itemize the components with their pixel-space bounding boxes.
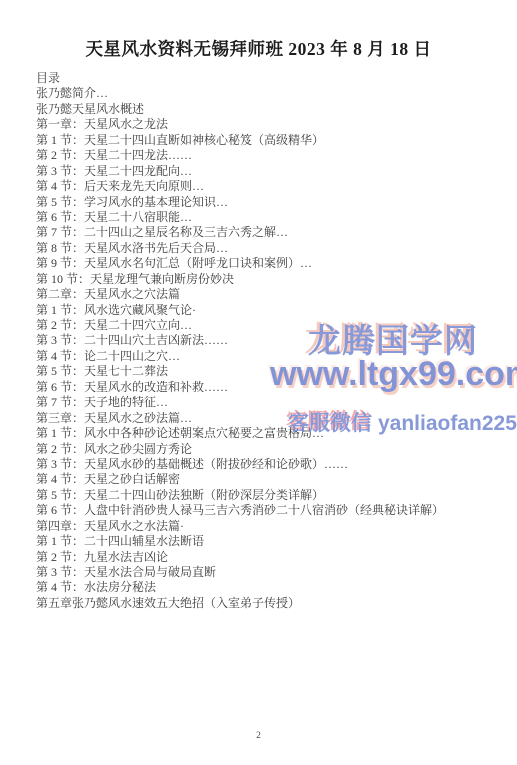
toc-line: 第 1 节：风水中各种砂论述朝案点穴秘要之富贵格局… [36,426,507,441]
toc-line: 第 5 节：天星二十四山砂法独断（附砂深层分类详解） [36,488,507,503]
toc-line: 第 3 节：二十四山穴土吉凶新法…… [36,333,507,348]
toc-line: 第 4 节：天星之砂白话解密 [36,472,507,487]
toc-line: 第一章：天星风水之龙法 [36,117,507,132]
document-page: 天星风水资料无锡拜师班 2023 年 8 月 18 日 目录张乃懿简介…张乃懿天… [0,0,517,765]
toc-line: 第 4 节：水法房分秘法 [36,580,507,595]
toc-line: 第 9 节：天星风水名句汇总（附呼龙口诀和案例）… [36,256,507,271]
toc-line: 第 3 节：天星风水砂的基础概述（附拔砂经和论砂歌）…… [36,457,507,472]
toc-line: 第 8 节：天星风水洛书先后天合局… [36,241,507,256]
toc-line: 第 3 节：天星二十四龙配向… [36,164,507,179]
toc-line: 张乃懿简介… [36,86,507,101]
toc-line: 第五章张乃懿风水速效五大绝招（入室弟子传授） [36,596,507,611]
toc-line: 第 4 节：后天来龙先天向原则… [36,179,507,194]
toc-line: 第 2 节：风水之砂尖圆方秀论 [36,442,507,457]
toc-line: 第三章：天星风水之砂法篇… [36,411,507,426]
toc-line: 第 10 节：天星龙理气兼向断房份妙决 [36,272,507,287]
toc-line: 第 2 节：天星二十四穴立向… [36,318,507,333]
toc-line: 第 1 节：二十四山辅星水法断语 [36,534,507,549]
toc-line: 第 7 节：天子地的特征… [36,395,507,410]
toc-line: 第 5 节：学习风水的基本理论知识… [36,195,507,210]
toc-line: 第 6 节：天星风水的改造和补救…… [36,380,507,395]
page-title: 天星风水资料无锡拜师班 2023 年 8 月 18 日 [0,36,517,61]
toc-line: 第 5 节：天星七十二葬法 [36,364,507,379]
toc-line: 第 1 节：风水选穴藏风聚气论· [36,303,507,318]
toc-line: 第四章：天星风水之水法篇· [36,519,507,534]
toc-line: 张乃懿天星风水概述 [36,102,507,117]
toc-line: 目录 [36,71,507,86]
toc-line: 第 7 节：二十四山之星辰名称及三吉六秀之解… [36,225,507,240]
toc-line: 第 2 节：九星水法吉凶论 [36,550,507,565]
toc-list: 目录张乃懿简介…张乃懿天星风水概述第一章：天星风水之龙法第 1 节：天星二十四山… [36,71,507,611]
toc-line: 第 1 节：天星二十四山直断如神核心秘笈（高级精华） [36,133,507,148]
toc-line: 第 4 节：论二十四山之穴… [36,349,507,364]
toc-line: 第 6 节：天星二十八宿职能… [36,210,507,225]
toc-line: 第 2 节：天星二十四龙法…… [36,148,507,163]
toc-line: 第 3 节：天星水法合局与破局直断 [36,565,507,580]
page-number: 2 [0,731,517,741]
toc-line: 第 6 节：人盘中针消砂贵人禄马三吉六秀消砂二十八宿消砂（经典秘诀详解） [36,503,507,518]
toc-line: 第二章：天星风水之穴法篇 [36,287,507,302]
